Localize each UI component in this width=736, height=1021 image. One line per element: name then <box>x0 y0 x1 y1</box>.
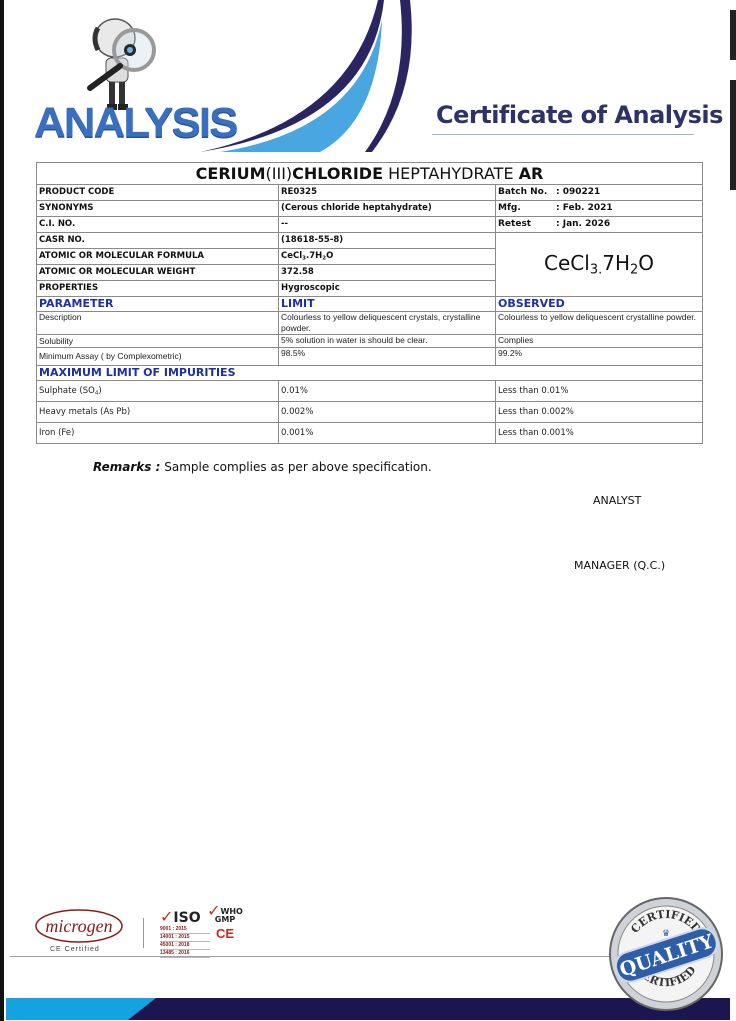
svg-text:microgen: microgen <box>45 916 112 936</box>
info-label: PRODUCT CODE <box>37 185 279 201</box>
info-value: (18618-55-8) <box>279 233 496 249</box>
info-value: RE0325 <box>279 185 496 201</box>
parameter-row: Solubility 5% solution in water is shoul… <box>37 335 703 348</box>
impurity-name: Sulphate (SO4) <box>37 381 279 402</box>
impurity-observed: Less than 0.001% <box>496 423 703 444</box>
info-row-product-code: PRODUCT CODE RE0325 Batch No.: 090221 <box>37 185 703 201</box>
impurity-row: Iron (Fe) 0.001% Less than 0.001% <box>37 423 703 444</box>
parameter-row: Description Colourless to yellow delique… <box>37 312 703 335</box>
ce-mark: CE <box>205 926 245 941</box>
info-label: ATOMIC OR MOLECULAR FORMULA <box>37 249 279 265</box>
who-gmp-certification: ✓WHOGMP CE <box>205 907 245 941</box>
svg-text:♛: ♛ <box>662 928 670 938</box>
impurity-limit: 0.001% <box>279 423 496 444</box>
parameter-limit: 5% solution in water is should be clear. <box>279 335 496 348</box>
info-row-casr-no: CASR NO. (18618-55-8) CeCl3.7H2O <box>37 233 703 249</box>
impurity-name: Heavy metals (As Pb) <box>37 402 279 423</box>
title-underline <box>432 134 694 135</box>
parameter-name: Description <box>37 312 279 335</box>
info-label: C.I. NO. <box>37 217 279 233</box>
impurity-row: Sulphate (SO4) 0.01% Less than 0.01% <box>37 381 703 402</box>
parameter-observed: Complies <box>496 335 703 348</box>
analysis-table: CERIUM(III)CHLORIDE HEPTAHYDRATE AR PROD… <box>36 162 703 444</box>
analyst-signature-label: ANALYST <box>593 494 641 507</box>
footer-divider <box>143 918 144 948</box>
info-label: PROPERTIES <box>37 281 279 297</box>
impurity-observed: Less than 0.002% <box>496 402 703 423</box>
impurity-row: Heavy metals (As Pb) 0.002% Less than 0.… <box>37 402 703 423</box>
retest-date: Retest: Jan. 2026 <box>496 217 703 233</box>
info-row-synonyms: SYNONYMS (Cerous chloride heptahydrate) … <box>37 201 703 217</box>
parameter-header-row: PARAMETER LIMIT OBSERVED <box>37 297 703 312</box>
product-name: CERIUM(III)CHLORIDE HEPTAHYDRATE AR <box>37 163 703 185</box>
microgen-logo: microgen <box>34 908 124 944</box>
limit-column-header: LIMIT <box>279 297 496 312</box>
batch-number: Batch No.: 090221 <box>496 185 703 201</box>
product-title-row: CERIUM(III)CHLORIDE HEPTAHYDRATE AR <box>37 163 703 185</box>
manager-signature-label: MANAGER (Q.C.) <box>574 559 665 572</box>
info-label: SYNONYMS <box>37 201 279 217</box>
info-value: 372.58 <box>279 265 496 281</box>
iso-standards-list: 9001 : 2015 14001 : 2015 45001 : 2018 13… <box>160 926 210 958</box>
parameter-observed: Colourless to yellow deliquescent crysta… <box>496 312 703 335</box>
parameter-name: Minimum Assay ( by Complexometric) <box>37 348 279 366</box>
impurity-limit: 0.01% <box>279 381 496 402</box>
info-label: CASR NO. <box>37 233 279 249</box>
mfg-date: Mfg.: Feb. 2021 <box>496 201 703 217</box>
ce-certified-caption: CE Certified <box>50 946 100 953</box>
certificate-header: ANALYSIS Certificate of Analysis <box>0 0 736 160</box>
parameter-limit: Colourless to yellow deliquescent crysta… <box>279 312 496 335</box>
info-label: ATOMIC OR MOLECULAR WEIGHT <box>37 265 279 281</box>
checkmark-icon: ✓ <box>160 907 173 926</box>
impurity-observed: Less than 0.01% <box>496 381 703 402</box>
parameter-row: Minimum Assay ( by Complexometric) 98.5%… <box>37 348 703 366</box>
impurities-header-row: MAXIMUM LIMIT OF IMPURITIES <box>37 366 703 381</box>
info-value: Hygroscopic <box>279 281 496 297</box>
info-value: (Cerous chloride heptahydrate) <box>279 201 496 217</box>
parameter-observed: 99.2% <box>496 348 703 366</box>
parameter-column-header: PARAMETER <box>37 297 279 312</box>
impurities-heading: MAXIMUM LIMIT OF IMPURITIES <box>37 366 496 381</box>
info-value: CeCl3.7H2O <box>279 249 496 265</box>
info-value: -- <box>279 217 496 233</box>
iso-certification: ✓ISO 9001 : 2015 14001 : 2015 45001 : 20… <box>160 907 210 958</box>
parameter-name: Solubility <box>37 335 279 348</box>
molecular-formula-display: CeCl3.7H2O <box>496 233 703 297</box>
impurity-limit: 0.002% <box>279 402 496 423</box>
impurity-name: Iron (Fe) <box>37 423 279 444</box>
remarks: Remarks : Sample complies as per above s… <box>93 460 432 474</box>
header-swoosh-graphic <box>200 0 430 160</box>
observed-column-header: OBSERVED <box>496 297 703 312</box>
certificate-title: Certificate of Analysis <box>436 101 723 129</box>
parameter-limit: 98.5% <box>279 348 496 366</box>
info-row-ci-no: C.I. NO. -- Retest: Jan. 2026 <box>37 217 703 233</box>
footer-rule <box>10 956 610 957</box>
quality-certified-badge-icon: CERTIFIED CERTIFIED QUALITY ♛ <box>608 896 724 1012</box>
